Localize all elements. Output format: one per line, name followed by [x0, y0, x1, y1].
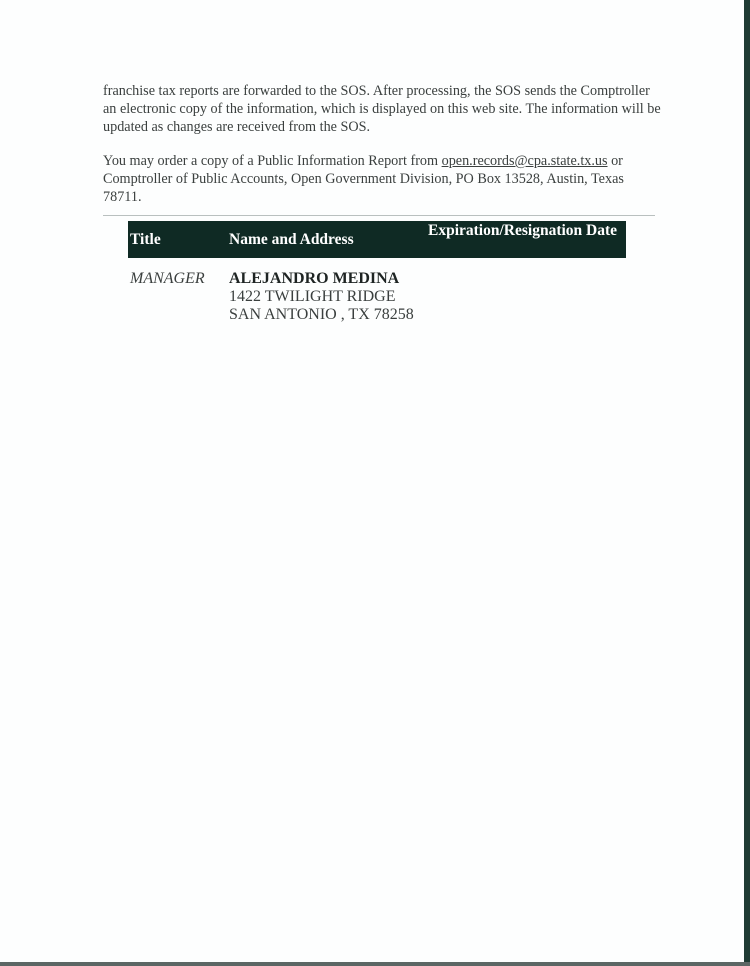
officer-title: MANAGER — [130, 270, 205, 288]
scan-edge-bottom — [0, 962, 750, 966]
officers-table-header: Title Name and Address Expiration/Resign… — [128, 221, 626, 258]
email-link[interactable]: open.records@cpa.state.tx.us — [442, 153, 608, 169]
intro-paragraph: franchise tax reports are forwarded to t… — [103, 82, 663, 136]
header-name-address: Name and Address — [229, 231, 354, 249]
officer-name: ALEJANDRO MEDINA — [229, 270, 414, 288]
header-expiration: Expiration/Resignation Date — [428, 222, 618, 240]
officer-address-line1: 1422 TWILIGHT RIDGE — [229, 288, 414, 306]
order-text-before: You may order a copy of a Public Informa… — [103, 153, 442, 169]
officer-name-address: ALEJANDRO MEDINA 1422 TWILIGHT RIDGE SAN… — [229, 270, 414, 324]
order-paragraph: You may order a copy of a Public Informa… — [103, 152, 663, 206]
header-title: Title — [130, 231, 161, 249]
officer-address-line2: SAN ANTONIO , TX 78258 — [229, 306, 414, 324]
scan-edge-right — [744, 0, 750, 966]
divider — [103, 215, 655, 216]
